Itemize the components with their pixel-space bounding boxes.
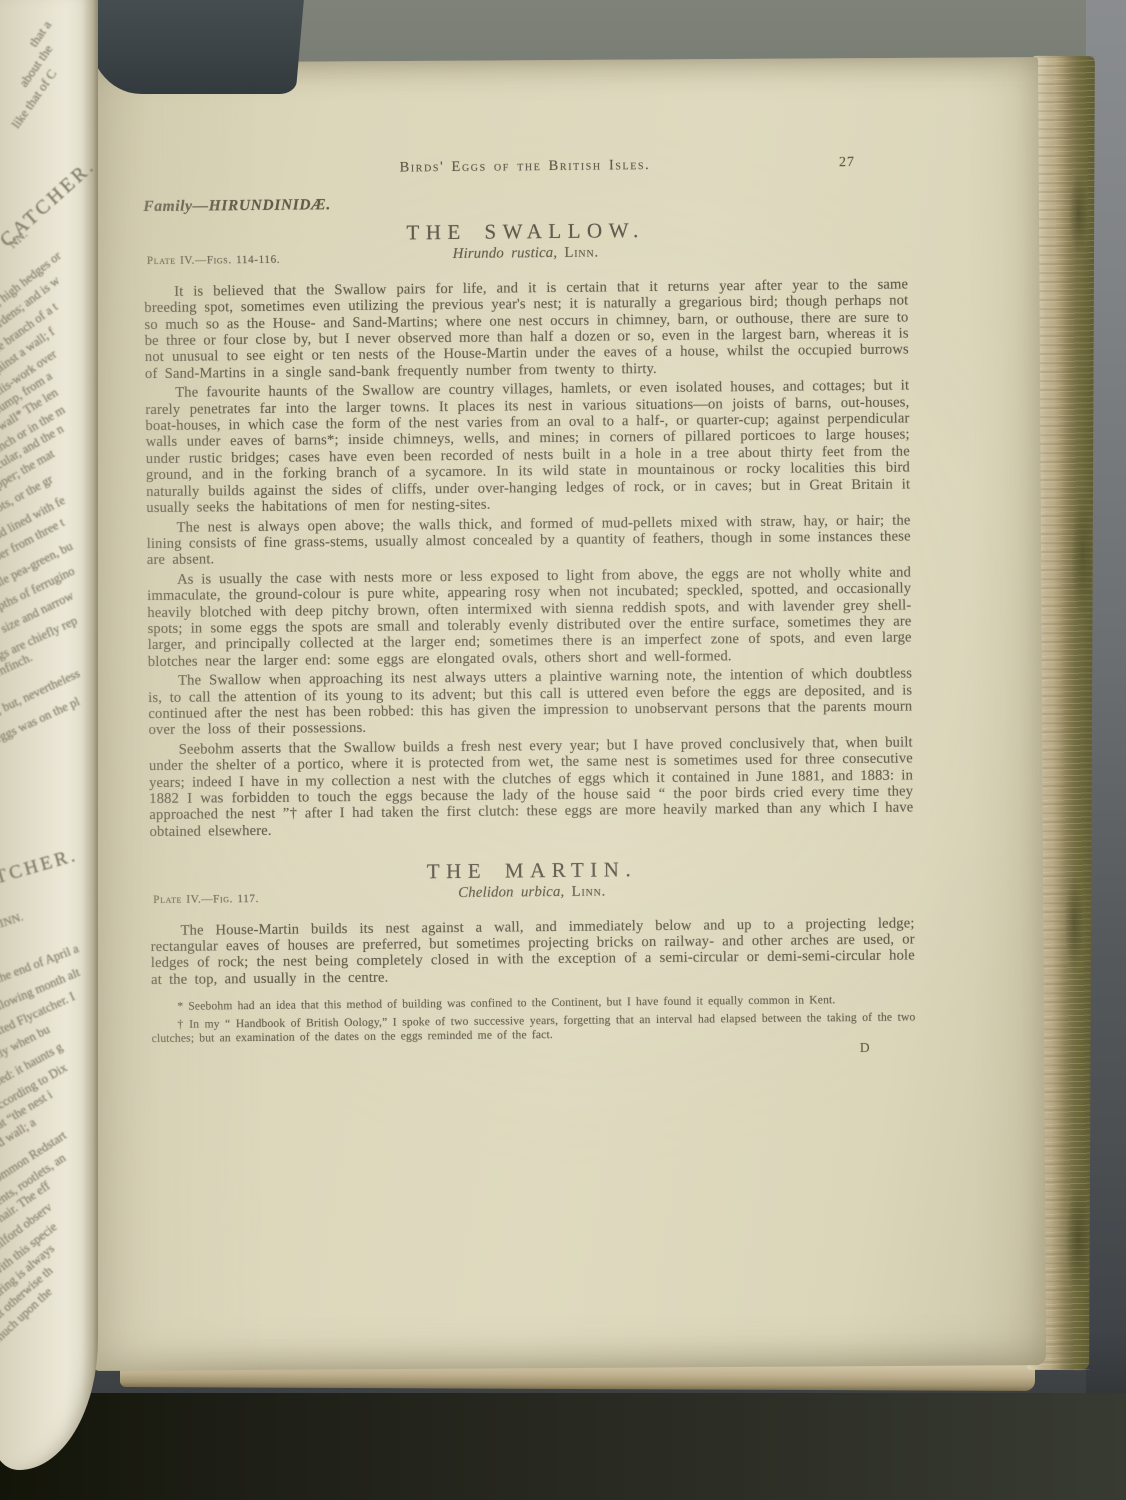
- species-row-swallow: Plate IV.—Figs. 114-116. Hirundo rustica…: [144, 241, 908, 273]
- plate-reference-martin: Plate IV.—Fig. 117.: [153, 891, 259, 908]
- section-title-martin: THE MARTIN.: [150, 859, 914, 883]
- footnotes: * Seebohm had an idea that this method o…: [151, 993, 916, 1063]
- left-page-curl: that aabout thelike that of CCATCHER.NN.…: [0, 0, 98, 1470]
- family-line: Family—HIRUNDINIDÆ.: [143, 191, 907, 215]
- species-name-swallow: Hirundo rustica,: [453, 245, 558, 262]
- left-page-text-fragment: TCHER.: [0, 845, 80, 890]
- paragraph-martin-1: The House-Martin builds its nest against…: [150, 915, 915, 988]
- left-page-text-fragment: LINN.: [0, 909, 25, 933]
- species-authority-martin: Linn.: [571, 883, 606, 899]
- page-text-block: Birds' Eggs of the British Isles. 27 Fam…: [143, 154, 916, 1062]
- running-header: Birds' Eggs of the British Isles.: [399, 157, 650, 175]
- paragraph-swallow-1: It is believed that the Swallow pairs fo…: [144, 276, 909, 382]
- plate-reference-swallow: Plate IV.—Figs. 114-116.: [147, 251, 280, 269]
- paragraph-swallow-2: The favourite haunts of the Swallow are …: [145, 378, 910, 517]
- species-row-martin: Plate IV.—Fig. 117. Chelidon urbica, Lin…: [150, 880, 914, 912]
- book-photograph: Birds' Eggs of the British Isles. 27 Fam…: [0, 0, 1126, 1500]
- paragraph-swallow-6: Seebohm asserts that the Swallow builds …: [149, 734, 914, 840]
- species-authority-swallow: Linn.: [564, 244, 599, 260]
- dark-board-corner: [82, 0, 305, 94]
- species-line-martin: Chelidon urbica, Linn.: [150, 880, 914, 904]
- species-name-martin: Chelidon urbica,: [458, 884, 564, 901]
- table-surface: [0, 1393, 1126, 1500]
- running-header-row: Birds' Eggs of the British Isles. 27: [143, 154, 907, 180]
- page-number: 27: [839, 155, 855, 172]
- paragraph-swallow-5: The Swallow when approaching its nest al…: [148, 666, 913, 739]
- section-title-swallow: THE SWALLOW.: [144, 220, 908, 244]
- paragraph-swallow-3: The nest is always open above; the walls…: [146, 512, 910, 569]
- paragraph-swallow-4: As is usually the case with nests more o…: [147, 564, 912, 670]
- right-page: Birds' Eggs of the British Isles. 27 Fam…: [86, 57, 1046, 1371]
